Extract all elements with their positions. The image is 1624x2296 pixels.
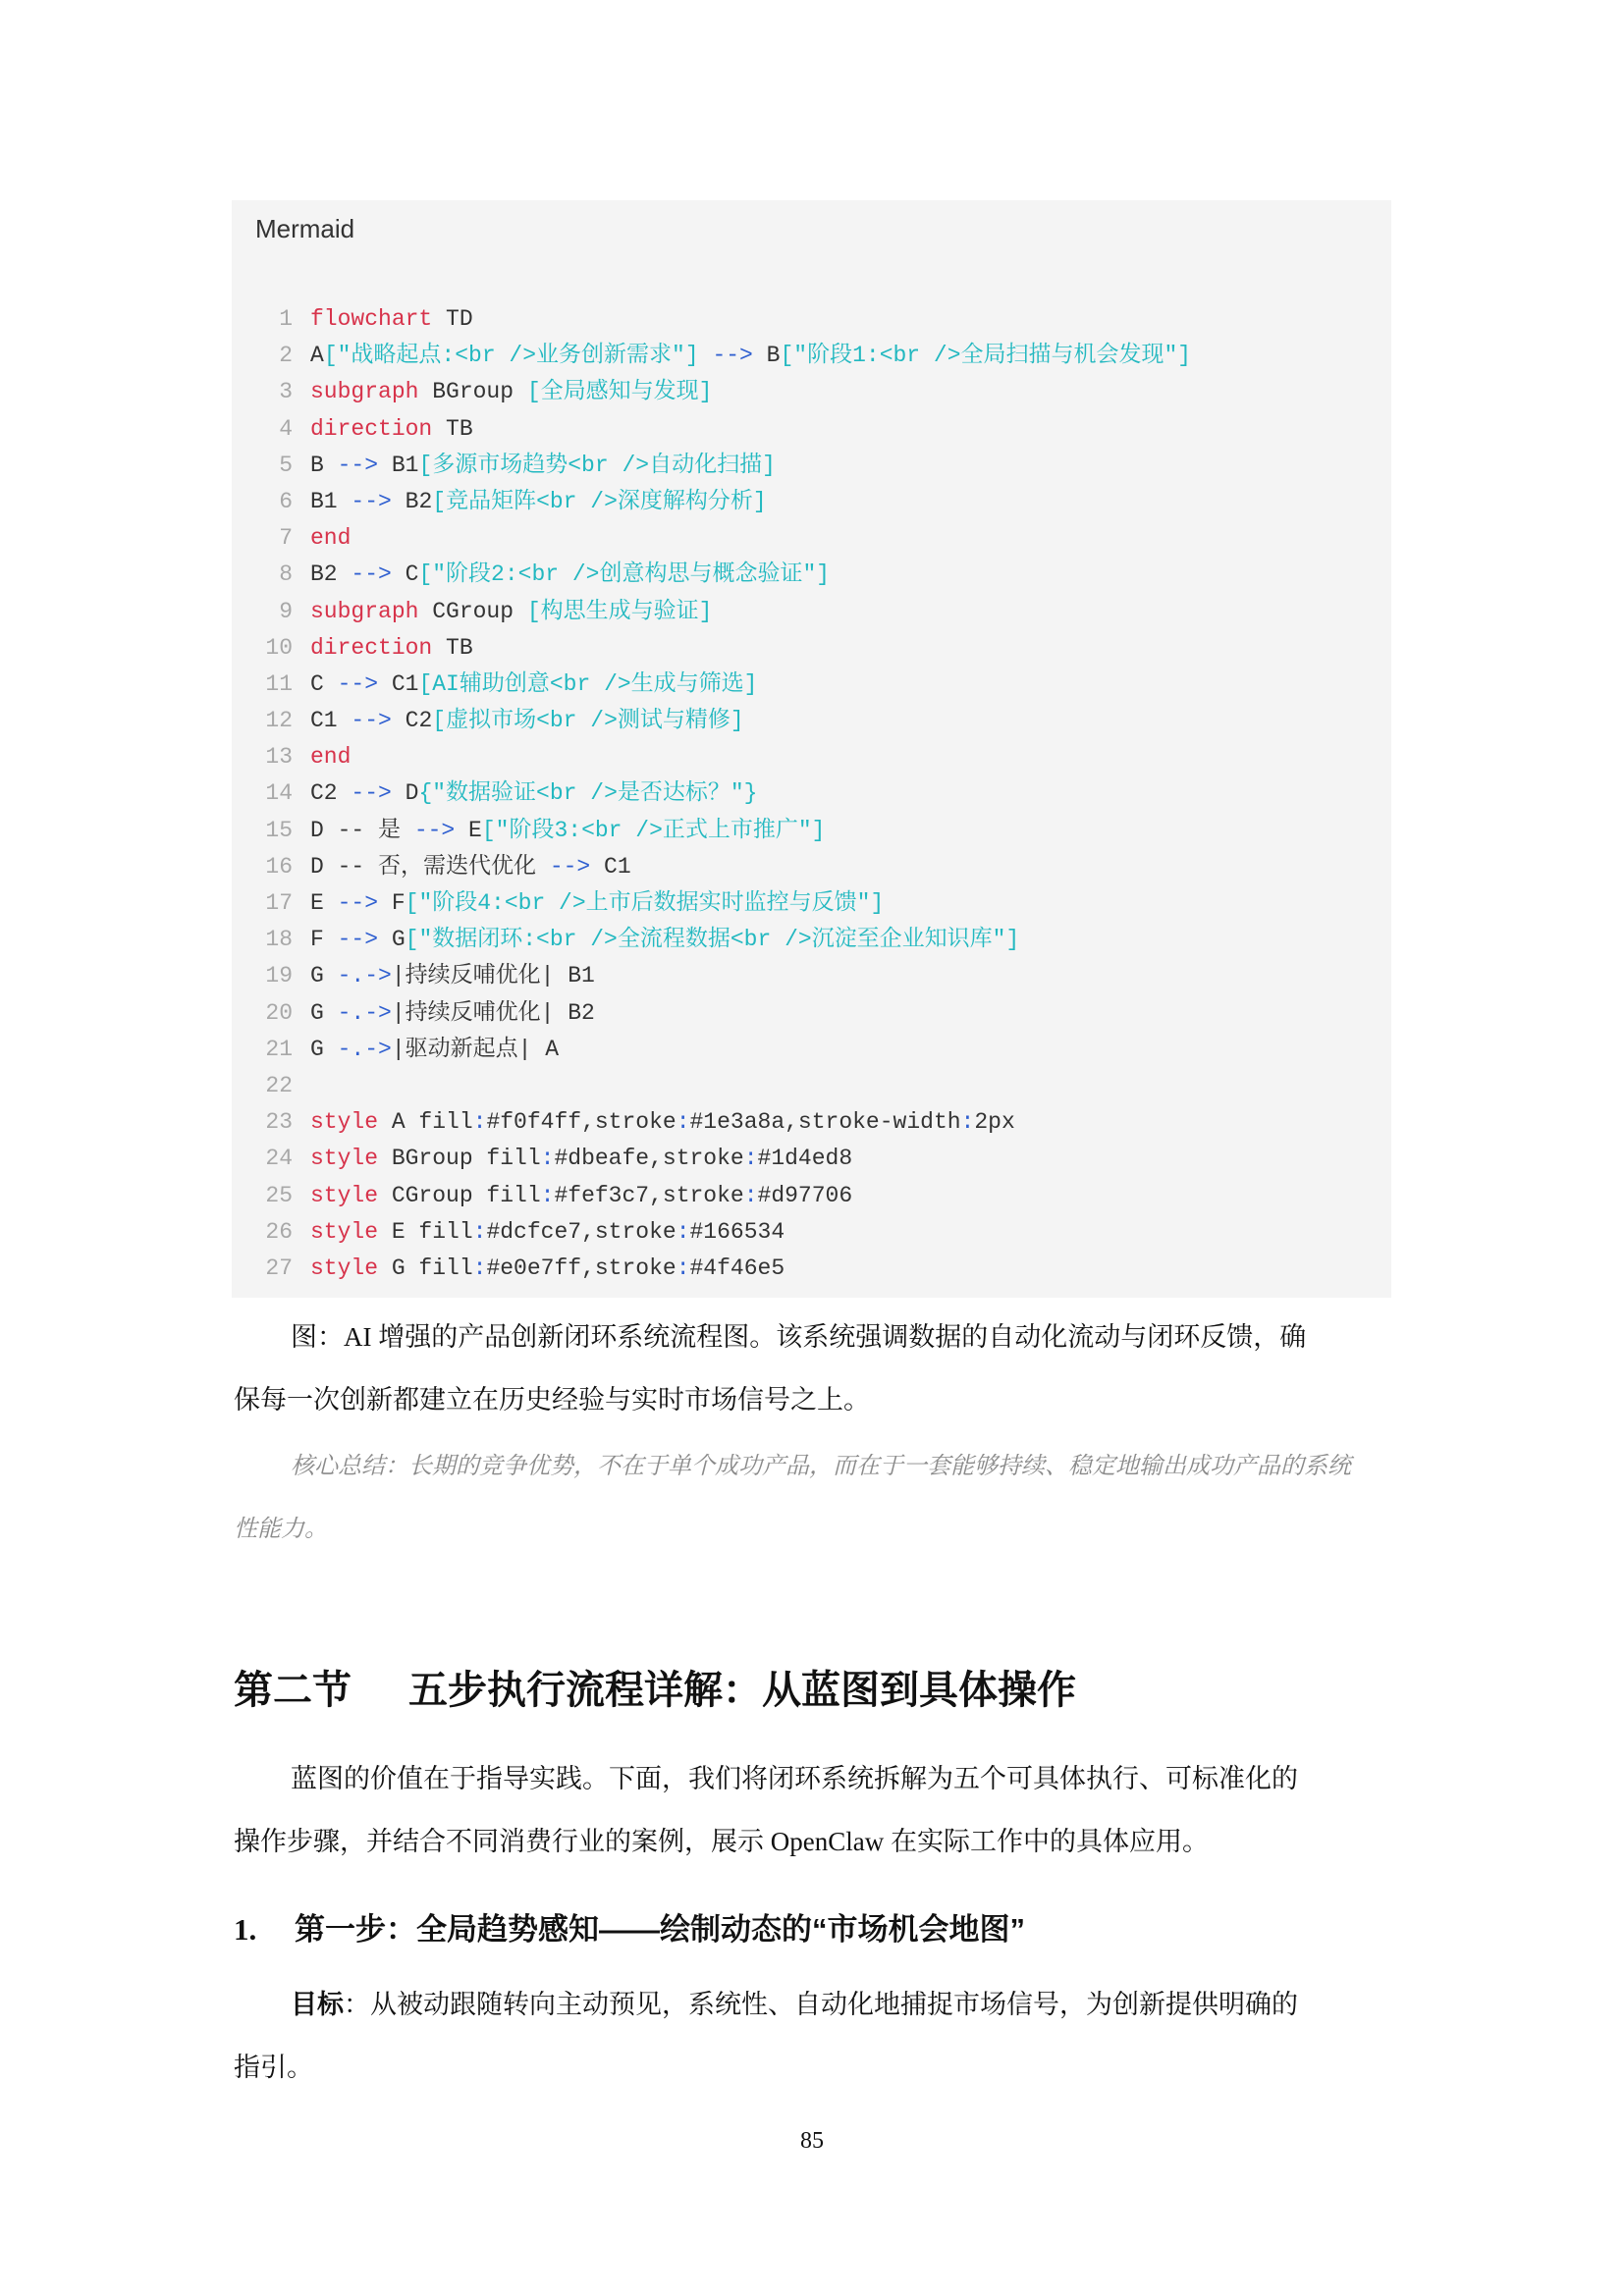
- line-content: C1 --> C2[虚拟市场<br />测试与精修]: [310, 703, 744, 739]
- line-content: A["战略起点:<br />业务创新需求"] --> B["阶段1:<br />…: [310, 338, 1191, 374]
- line-number: 12: [232, 703, 293, 739]
- code-token: 2px: [974, 1109, 1014, 1135]
- code-line: 21G -.->|驱动新起点| A: [232, 1032, 1391, 1068]
- code-token: :: [961, 1109, 975, 1135]
- line-number: 20: [232, 995, 293, 1032]
- code-line: 14C2 --> D{"数据验证<br />是否达标？"}: [232, 775, 1391, 812]
- line-content: G -.->|持续反哺优化| B1: [310, 958, 595, 994]
- code-token: |持续反哺优化| B1: [392, 963, 595, 988]
- intro-paragraph: 蓝图的价值在于指导实践。下面，我们将闭环系统拆解为五个可具体执行、可标准化的 操…: [234, 1747, 1392, 1873]
- code-token: [699, 343, 713, 368]
- code-token: ["阶段4:<br />上市后数据实时监控与反馈"]: [406, 890, 885, 916]
- figure-caption: 图：AI 增强的产品创新闭环系统流程图。该系统强调数据的自动化流动与闭环反馈，确…: [234, 1306, 1392, 1431]
- code-token: :: [744, 1146, 758, 1171]
- code-token: direction: [310, 416, 432, 442]
- code-token: B2: [310, 561, 351, 587]
- code-token: ["阶段1:<br />全局扫描与机会发现"]: [780, 343, 1191, 368]
- line-content: C2 --> D{"数据验证<br />是否达标？"}: [310, 775, 757, 812]
- code-token: #d97706: [758, 1183, 853, 1208]
- code-line: 1flowchart TD: [232, 301, 1391, 338]
- code-token: C1: [590, 854, 630, 880]
- code-token: style: [310, 1146, 378, 1171]
- code-token: ["数据闭环:<br />全流程数据<br />沉淀至企业知识库"]: [406, 927, 1020, 952]
- code-token: flowchart: [310, 306, 432, 332]
- line-number: 16: [232, 849, 293, 885]
- code-token: -.->: [338, 1037, 392, 1062]
- line-content: C --> C1[AI辅助创意<br />生成与筛选]: [310, 667, 757, 703]
- code-token: -->: [338, 453, 378, 478]
- line-content: F --> G["数据闭环:<br />全流程数据<br />沉淀至企业知识库"…: [310, 922, 1019, 958]
- code-line: 2A["战略起点:<br />业务创新需求"] --> B["阶段1:<br /…: [232, 338, 1391, 374]
- code-token: :: [473, 1109, 487, 1135]
- line-number: 11: [232, 667, 293, 703]
- line-content: direction TB: [310, 411, 473, 448]
- code-token: ["战略起点:<br />业务创新需求"]: [324, 343, 699, 368]
- line-content: end: [310, 520, 351, 557]
- line-number: 15: [232, 813, 293, 849]
- code-line: 19G -.->|持续反哺优化| B1: [232, 958, 1391, 994]
- line-number: 18: [232, 922, 293, 958]
- code-token: #166534: [690, 1219, 785, 1245]
- code-token: -->: [351, 489, 391, 514]
- line-number: 24: [232, 1141, 293, 1177]
- code-line: 9subgraph CGroup [构思生成与验证]: [232, 594, 1391, 630]
- code-token: A: [310, 343, 324, 368]
- step-title: 第一步：全局趋势感知——绘制动态的“市场机会地图”: [295, 1912, 1025, 1947]
- page-number: 85: [0, 2128, 1624, 2155]
- step-heading: 1.第一步：全局趋势感知——绘制动态的“市场机会地图”: [234, 1904, 1025, 1949]
- line-number: 10: [232, 630, 293, 667]
- code-token: -->: [414, 818, 455, 843]
- code-token: C1: [310, 708, 351, 733]
- line-content: style A fill:#f0f4ff,stroke:#1e3a8a,stro…: [310, 1104, 1015, 1141]
- code-token: G: [310, 1000, 338, 1026]
- code-line: 27style G fill:#e0e7ff,stroke:#4f46e5: [232, 1251, 1391, 1287]
- code-token: [构思生成与验证]: [527, 599, 713, 624]
- code-token: F: [310, 927, 338, 952]
- goal-label: 目标: [291, 1990, 344, 2019]
- code-token: style: [310, 1219, 378, 1245]
- line-number: 6: [232, 484, 293, 520]
- line-number: 7: [232, 520, 293, 557]
- line-number: 21: [232, 1032, 293, 1068]
- line-content: B1 --> B2[竞品矩阵<br />深度解构分析]: [310, 484, 767, 520]
- line-number: 5: [232, 448, 293, 484]
- summary-line-2: 性能力。: [234, 1498, 1392, 1561]
- code-token: :: [473, 1255, 487, 1281]
- code-token: [全局感知与发现]: [527, 379, 713, 404]
- code-token: F: [378, 890, 406, 916]
- code-token: #dcfce7,stroke: [486, 1219, 676, 1245]
- code-token: -->: [338, 927, 378, 952]
- line-content: D -- 否，需迭代优化 --> C1: [310, 849, 631, 885]
- code-line: 5B --> B1[多源市场趋势<br />自动化扫描]: [232, 448, 1391, 484]
- code-token: C: [392, 561, 419, 587]
- code-line: 22: [232, 1068, 1391, 1104]
- code-line: 3subgraph BGroup [全局感知与发现]: [232, 374, 1391, 410]
- code-token: CGroup fill: [378, 1183, 541, 1208]
- line-number: 13: [232, 739, 293, 775]
- code-token: G fill: [378, 1255, 473, 1281]
- line-content: E --> F["阶段4:<br />上市后数据实时监控与反馈"]: [310, 885, 884, 922]
- code-line: 20G -.->|持续反哺优化| B2: [232, 995, 1391, 1032]
- caption-line-1: 图：AI 增强的产品创新闭环系统流程图。该系统强调数据的自动化流动与闭环反馈，确: [234, 1306, 1392, 1368]
- code-line: 12C1 --> C2[虚拟市场<br />测试与精修]: [232, 703, 1391, 739]
- line-number: 1: [232, 301, 293, 338]
- goal-paragraph: 目标：从被动跟随转向主动预见，系统性、自动化地捕捉市场信号，为创新提供明确的 指…: [234, 1973, 1392, 2099]
- code-line: 18F --> G["数据闭环:<br />全流程数据<br />沉淀至企业知识…: [232, 922, 1391, 958]
- line-number: 27: [232, 1251, 293, 1287]
- summary-line-1: 核心总结：长期的竞争优势，不在于单个成功产品，而在于一套能够持续、稳定地输出成功…: [234, 1435, 1392, 1498]
- code-token: [竞品矩阵<br />深度解构分析]: [432, 489, 766, 514]
- code-token: TB: [432, 416, 472, 442]
- line-number: 4: [232, 411, 293, 448]
- code-token: G: [310, 1037, 338, 1062]
- code-token: D: [392, 780, 419, 806]
- line-number: 17: [232, 885, 293, 922]
- goal-line-2: 指引。: [234, 2036, 1392, 2099]
- caption-line-2: 保每一次创新都建立在历史经验与实时市场信号之上。: [234, 1368, 1392, 1431]
- code-token: -->: [338, 671, 378, 697]
- line-content: subgraph CGroup [构思生成与验证]: [310, 594, 712, 630]
- line-content: G -.->|持续反哺优化| B2: [310, 995, 595, 1032]
- code-token: E: [310, 890, 338, 916]
- code-token: C2: [392, 708, 432, 733]
- code-token: :: [541, 1183, 555, 1208]
- code-line: 23style A fill:#f0f4ff,stroke:#1e3a8a,st…: [232, 1104, 1391, 1141]
- code-token: #fef3c7,stroke: [554, 1183, 743, 1208]
- line-number: 9: [232, 594, 293, 630]
- line-number: 2: [232, 338, 293, 374]
- code-token: B1: [378, 453, 418, 478]
- code-token: :: [677, 1219, 690, 1245]
- code-line: 17E --> F["阶段4:<br />上市后数据实时监控与反馈"]: [232, 885, 1391, 922]
- line-number: 3: [232, 374, 293, 410]
- code-token: #dbeafe,stroke: [554, 1146, 743, 1171]
- code-token: -->: [351, 561, 391, 587]
- line-number: 19: [232, 958, 293, 994]
- line-content: end: [310, 739, 351, 775]
- code-token: TD: [432, 306, 472, 332]
- code-token: D -- 否，需迭代优化: [310, 854, 550, 880]
- code-line: 24style BGroup fill:#dbeafe,stroke:#1d4e…: [232, 1141, 1391, 1177]
- code-lines: 1flowchart TD2A["战略起点:<br />业务创新需求"] -->…: [232, 301, 1391, 1287]
- code-token: -->: [712, 343, 752, 368]
- code-token: TB: [432, 635, 472, 661]
- code-token: |驱动新起点| A: [392, 1037, 559, 1062]
- line-content: style BGroup fill:#dbeafe,stroke:#1d4ed8: [310, 1141, 852, 1177]
- code-token: ["阶段3:<br />正式上市推广"]: [482, 818, 826, 843]
- code-token: BGroup: [418, 379, 526, 404]
- code-token: D -- 是: [310, 818, 414, 843]
- line-number: 23: [232, 1104, 293, 1141]
- line-content: style E fill:#dcfce7,stroke:#166534: [310, 1214, 785, 1251]
- code-token: CGroup: [418, 599, 526, 624]
- line-number: 14: [232, 775, 293, 812]
- intro-line-1: 蓝图的价值在于指导实践。下面，我们将闭环系统拆解为五个可具体执行、可标准化的: [234, 1747, 1392, 1810]
- line-content: B --> B1[多源市场趋势<br />自动化扫描]: [310, 448, 776, 484]
- core-summary: 核心总结：长期的竞争优势，不在于单个成功产品，而在于一套能够持续、稳定地输出成功…: [234, 1435, 1392, 1561]
- intro-line-2: 操作步骤，并结合不同消费行业的案例，展示 OpenClaw 在实际工作中的具体应…: [234, 1810, 1392, 1873]
- code-token: G: [310, 963, 338, 988]
- code-token: subgraph: [310, 599, 418, 624]
- code-token: #f0f4ff,stroke: [486, 1109, 676, 1135]
- line-number: 26: [232, 1214, 293, 1251]
- code-token: -->: [351, 780, 391, 806]
- code-token: B1: [310, 489, 351, 514]
- code-token: C2: [310, 780, 351, 806]
- code-token: -.->: [338, 1000, 392, 1026]
- code-token: {"数据验证<br />是否达标？"}: [418, 780, 757, 806]
- goal-line-1: 目标：从被动跟随转向主动预见，系统性、自动化地捕捉市场信号，为创新提供明确的: [234, 1973, 1392, 2036]
- line-content: G -.->|驱动新起点| A: [310, 1032, 559, 1068]
- code-token: B2: [392, 489, 432, 514]
- line-content: direction TB: [310, 630, 473, 667]
- code-line: 11C --> C1[AI辅助创意<br />生成与筛选]: [232, 667, 1391, 703]
- line-content: D -- 是 --> E["阶段3:<br />正式上市推广"]: [310, 813, 826, 849]
- code-token: -.->: [338, 963, 392, 988]
- code-token: #1d4ed8: [758, 1146, 853, 1171]
- code-token: -->: [351, 708, 391, 733]
- code-token: G: [378, 927, 406, 952]
- code-token: [多源市场趋势<br />自动化扫描]: [418, 453, 775, 478]
- line-number: 25: [232, 1178, 293, 1214]
- code-token: ["阶段2:<br />创意构思与概念验证"]: [418, 561, 830, 587]
- line-content: style G fill:#e0e7ff,stroke:#4f46e5: [310, 1251, 785, 1287]
- code-token: :: [677, 1109, 690, 1135]
- code-token: -->: [550, 854, 590, 880]
- code-token: #1e3a8a,stroke-width: [690, 1109, 961, 1135]
- code-token: :: [744, 1183, 758, 1208]
- line-number: 8: [232, 557, 293, 593]
- code-token: [AI辅助创意<br />生成与筛选]: [418, 671, 757, 697]
- code-token: E fill: [378, 1219, 473, 1245]
- code-token: BGroup fill: [378, 1146, 541, 1171]
- section-number: 第二节: [234, 1669, 352, 1712]
- line-content: style CGroup fill:#fef3c7,stroke:#d97706: [310, 1178, 852, 1214]
- code-token: [虚拟市场<br />测试与精修]: [432, 708, 743, 733]
- code-token: C: [310, 671, 338, 697]
- code-token: :: [473, 1219, 487, 1245]
- code-line: 16D -- 否，需迭代优化 --> C1: [232, 849, 1391, 885]
- code-token: |持续反哺优化| B2: [392, 1000, 595, 1026]
- code-token: C1: [378, 671, 418, 697]
- code-token: E: [455, 818, 482, 843]
- code-token: style: [310, 1255, 378, 1281]
- code-token: style: [310, 1183, 378, 1208]
- mermaid-code-block: Mermaid 1flowchart TD2A["战略起点:<br />业务创新…: [232, 200, 1391, 1298]
- code-token: #e0e7ff,stroke: [486, 1255, 676, 1281]
- code-token: :: [541, 1146, 555, 1171]
- code-token: end: [310, 744, 351, 770]
- line-content: B2 --> C["阶段2:<br />创意构思与概念验证"]: [310, 557, 830, 593]
- code-token: end: [310, 525, 351, 551]
- code-token: :: [677, 1255, 690, 1281]
- code-token: B: [753, 343, 781, 368]
- code-token: -->: [338, 890, 378, 916]
- code-line: 26style E fill:#dcfce7,stroke:#166534: [232, 1214, 1391, 1251]
- code-token: direction: [310, 635, 432, 661]
- code-line: 4direction TB: [232, 411, 1391, 448]
- code-line: 8B2 --> C["阶段2:<br />创意构思与概念验证"]: [232, 557, 1391, 593]
- code-token: subgraph: [310, 379, 418, 404]
- step-number: 1.: [234, 1912, 295, 1948]
- code-block-title: Mermaid: [255, 214, 354, 244]
- section-heading: 第二节五步执行流程详解：从蓝图到具体操作: [234, 1659, 1076, 1715]
- code-token: #4f46e5: [690, 1255, 785, 1281]
- code-token: style: [310, 1109, 378, 1135]
- code-line: 15D -- 是 --> E["阶段3:<br />正式上市推广"]: [232, 813, 1391, 849]
- code-line: 13end: [232, 739, 1391, 775]
- code-line: 25style CGroup fill:#fef3c7,stroke:#d977…: [232, 1178, 1391, 1214]
- line-content: subgraph BGroup [全局感知与发现]: [310, 374, 712, 410]
- line-content: flowchart TD: [310, 301, 473, 338]
- line-number: 22: [232, 1068, 293, 1104]
- section-title: 五步执行流程详解：从蓝图到具体操作: [408, 1669, 1076, 1712]
- code-line: 10direction TB: [232, 630, 1391, 667]
- code-line: 7end: [232, 520, 1391, 557]
- code-line: 6B1 --> B2[竞品矩阵<br />深度解构分析]: [232, 484, 1391, 520]
- code-token: A fill: [378, 1109, 473, 1135]
- code-token: B: [310, 453, 338, 478]
